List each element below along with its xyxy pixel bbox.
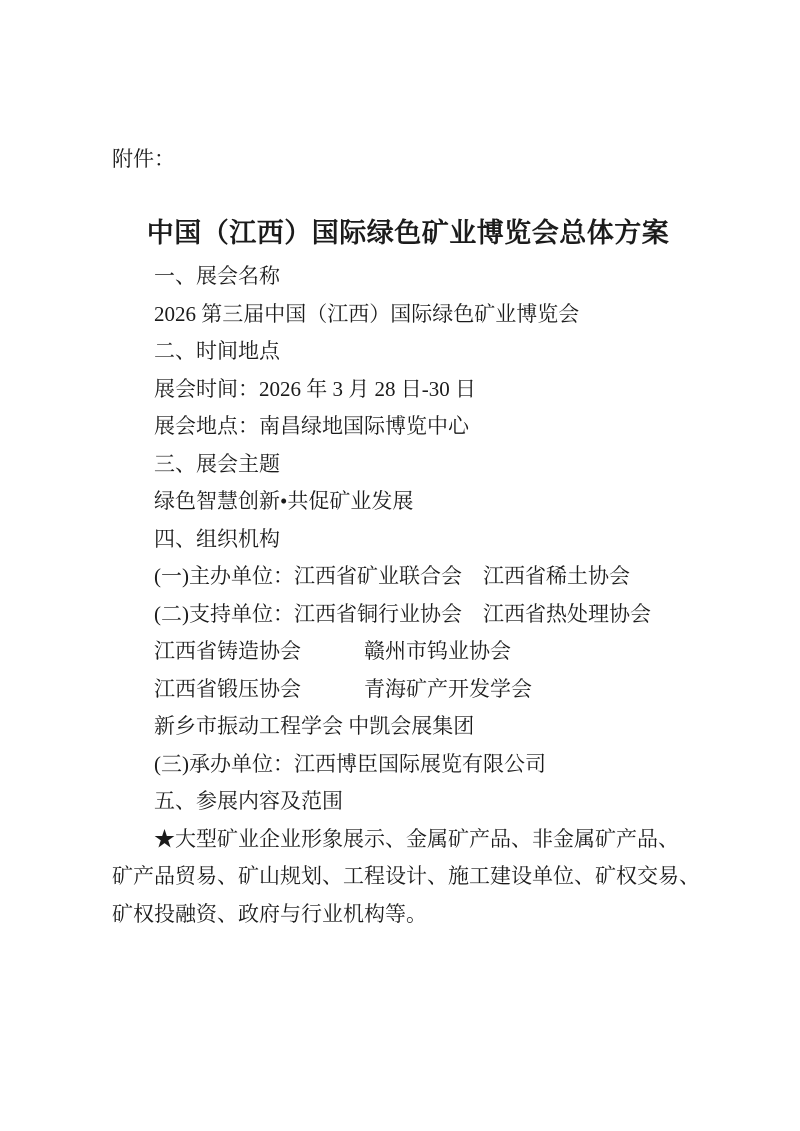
section-5-heading: 五、参展内容及范围: [112, 783, 704, 821]
document-body: 一、展会名称 2026 第三届中国（江西）国际绿色矿业博览会 二、时间地点 展会…: [112, 258, 704, 933]
section-4-heading: 四、组织机构: [112, 521, 704, 559]
exhibition-theme: 绿色智慧创新•共促矿业发展: [112, 483, 704, 521]
supporters-line-4: 新乡市振动工程学会 中凯会展集团: [112, 708, 704, 746]
supporters-line-3: 江西省锻压协会 青海矿产开发学会: [112, 671, 704, 709]
document-page: 附件： 中国（江西）国际绿色矿业博览会总体方案 一、展会名称 2026 第三届中…: [0, 0, 800, 1131]
exhibition-time: 展会时间：2026 年 3 月 28 日-30 日: [112, 371, 704, 409]
exhibition-venue: 展会地点：南昌绿地国际博览中心: [112, 408, 704, 446]
exhibition-name: 2026 第三届中国（江西）国际绿色矿业博览会: [112, 296, 704, 334]
organizers-line: (一)主办单位：江西省矿业联合会 江西省稀土协会: [112, 558, 704, 596]
supporters-line-1: (二)支持单位：江西省铜行业协会 江西省热处理协会: [112, 596, 704, 634]
undertaker-line: (三)承办单位：江西博臣国际展览有限公司: [112, 746, 704, 784]
section-1-heading: 一、展会名称: [112, 258, 704, 296]
supporters-line-2: 江西省铸造协会 赣州市钨业协会: [112, 633, 704, 671]
scope-line-2: 矿产品贸易、矿山规划、工程设计、施工建设单位、矿权交易、: [112, 858, 704, 896]
attachment-label: 附件：: [112, 146, 704, 172]
document-content: 附件： 中国（江西）国际绿色矿业博览会总体方案 一、展会名称 2026 第三届中…: [112, 146, 704, 933]
scope-line-1: ★大型矿业企业形象展示、金属矿产品、非金属矿产品、: [112, 821, 704, 859]
document-title: 中国（江西）国际绿色矿业博览会总体方案: [112, 216, 704, 250]
section-3-heading: 三、展会主题: [112, 446, 704, 484]
section-2-heading: 二、时间地点: [112, 333, 704, 371]
scope-line-3: 矿权投融资、政府与行业机构等。: [112, 896, 704, 934]
